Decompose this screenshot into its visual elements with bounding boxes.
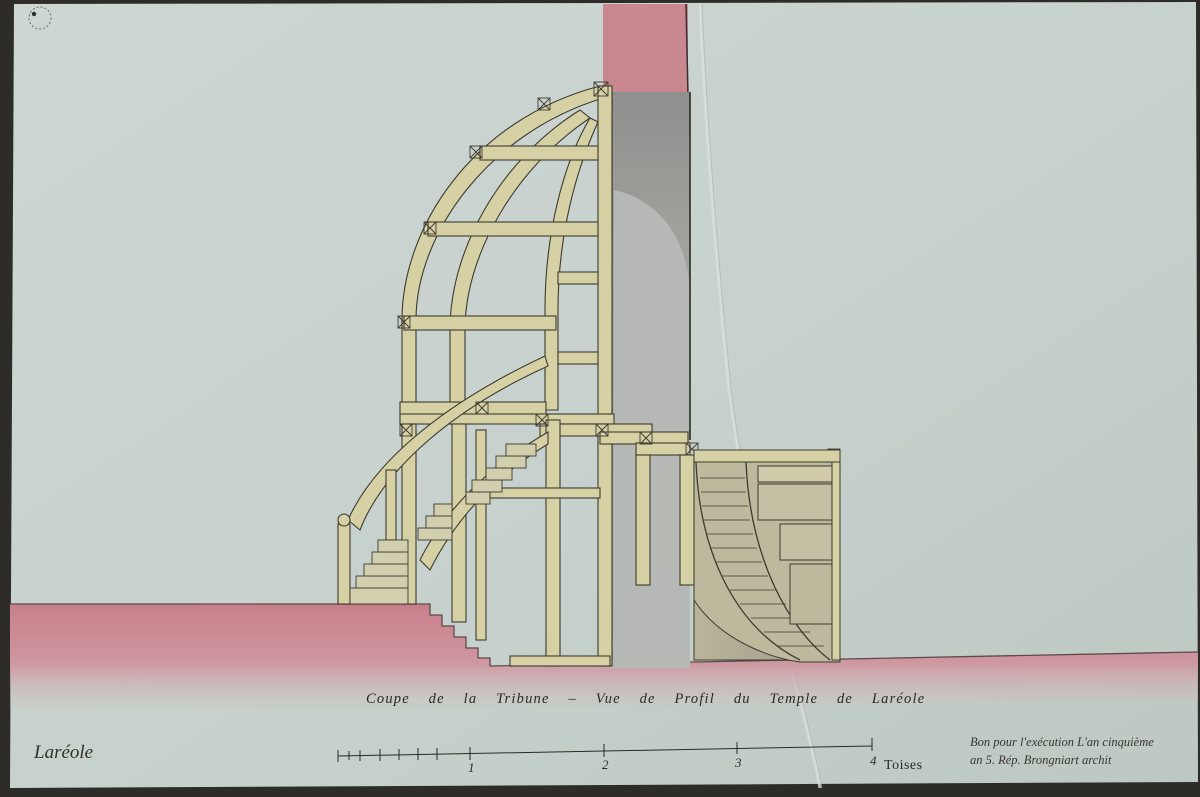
scale-tick-1: 1 [468,760,475,776]
masonry-pier-top [603,4,688,96]
scale-tick-4: 4 [870,753,877,769]
scale-tick-2: 2 [602,757,609,773]
architectural-section-drawing [0,0,1200,797]
scale-unit-label: Toises [884,758,923,774]
approval-note-line2: an 5. Rép. Brongniart archit [970,753,1111,768]
place-label: Laréole [34,742,93,764]
right-staircase [694,450,840,662]
scale-tick-3: 3 [735,755,742,771]
drawing-title: Coupe de la Tribune – Vue de Profil du T… [366,691,925,708]
approval-note-line1: Bon pour l'exécution L'an cinquième [970,735,1154,750]
drawing-sheet: Coupe de la Tribune – Vue de Profil du T… [0,0,1200,797]
